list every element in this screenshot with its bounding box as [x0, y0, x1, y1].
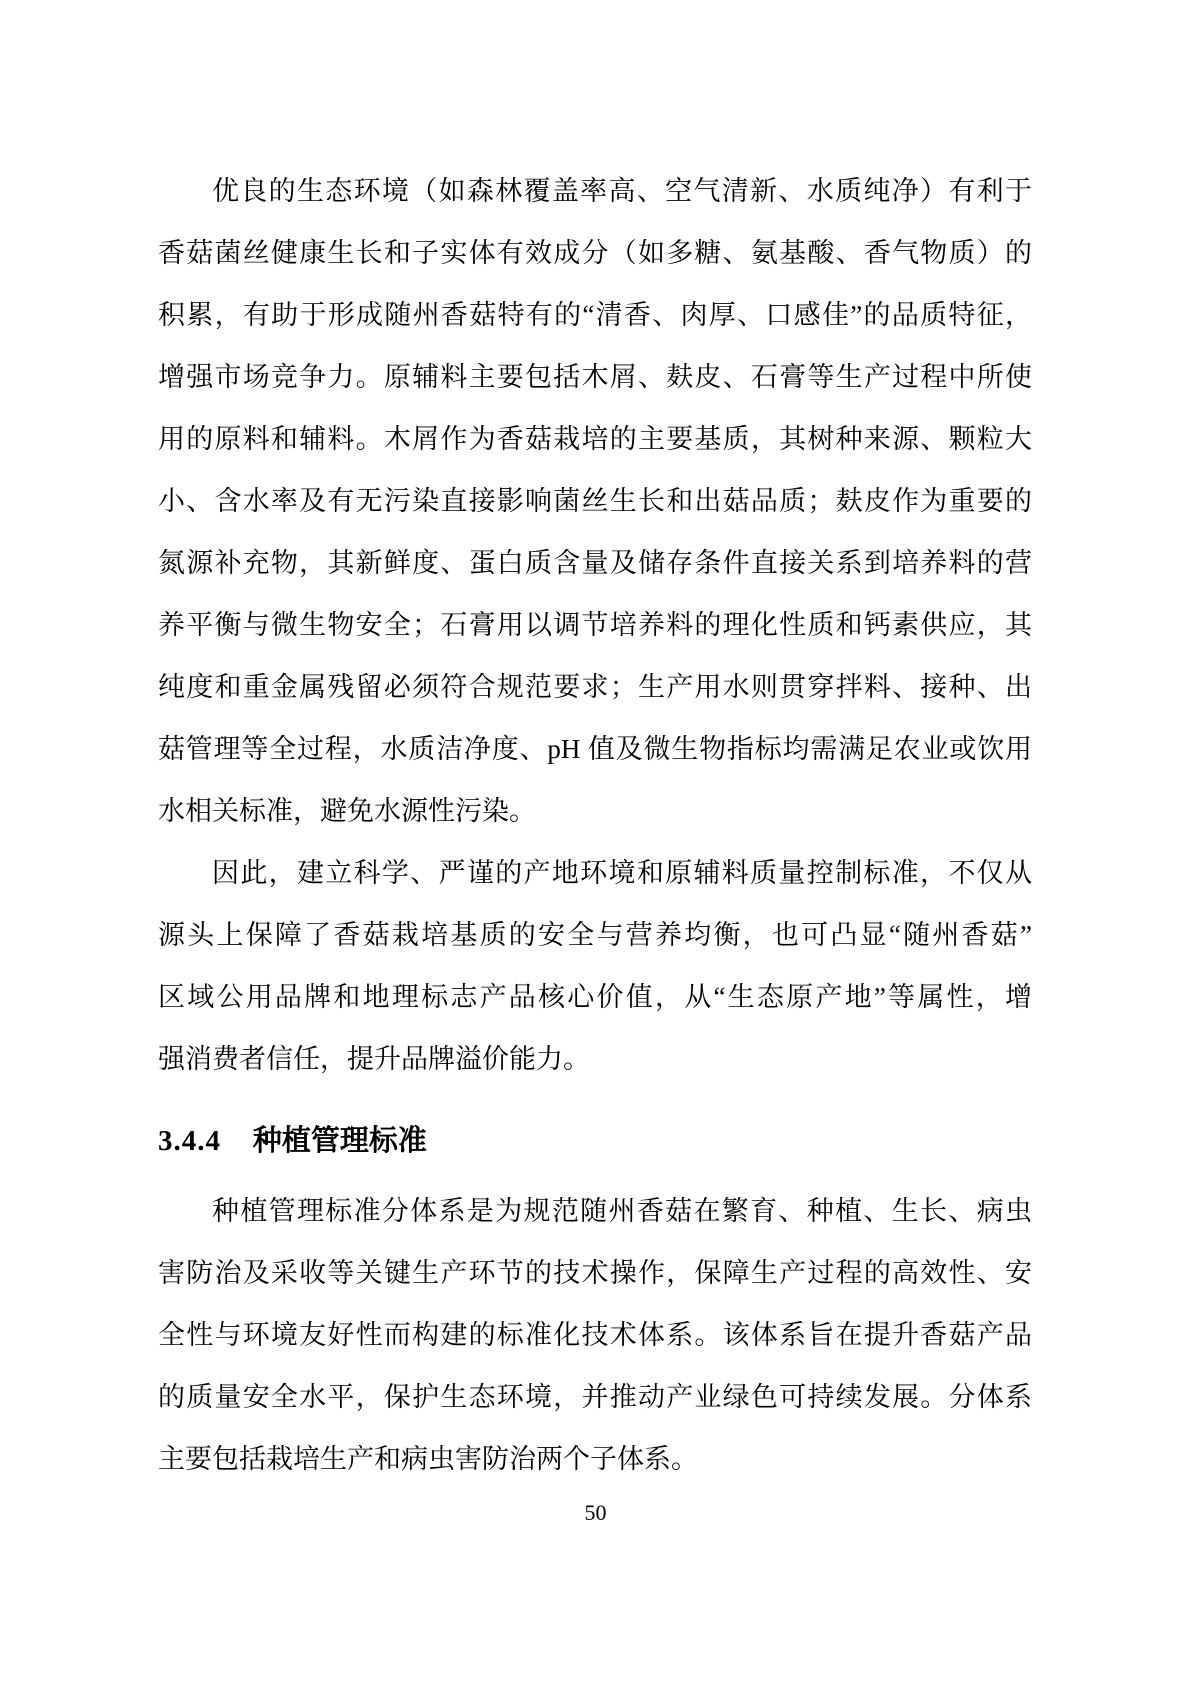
document-page: 优良的生态环境（如森林覆盖率高、空气清新、水质纯净）有利于香菇菌丝健康生长和子实… [0, 0, 1191, 1684]
section-heading-title: 种植管理标准 [253, 1110, 427, 1172]
text-line: 纯度和重金属残留必须符合规范要求；生产用水则贯穿拌料、接种、出 [158, 656, 1032, 718]
section-heading: 3.4.4 种植管理标准 [158, 1110, 1032, 1172]
text-line: 全性与环境友好性而构建的标准化技术体系。该体系旨在提升香菇产品 [158, 1304, 1032, 1366]
text-line: 区域公用品牌和地理标志产品核心价值，从“生态原产地”等属性，增 [158, 966, 1032, 1028]
paragraph-environment-and-materials: 优良的生态环境（如森林覆盖率高、空气清新、水质纯净）有利于香菇菌丝健康生长和子实… [158, 160, 1032, 842]
body-text: 优良的生态环境（如森林覆盖率高、空气清新、水质纯净）有利于香菇菌丝健康生长和子实… [158, 160, 1032, 1490]
text-line: 主要包括栽培生产和病虫害防治两个子体系。 [158, 1428, 1032, 1490]
paragraph-conclusion-brand-value: 因此，建立科学、严谨的产地环境和原辅料质量控制标准，不仅从源头上保障了香菇栽培基… [158, 842, 1032, 1090]
text-line: 的质量安全水平，保护生态环境，并推动产业绿色可持续发展。分体系 [158, 1366, 1032, 1428]
text-line: 氮源补充物，其新鲜度、蛋白质含量及储存条件直接关系到培养料的营 [158, 532, 1032, 594]
page-number: 50 [0, 1498, 1191, 1528]
text-line: 菇管理等全过程，水质洁净度、pH 值及微生物指标均需满足农业或饮用 [158, 718, 1032, 780]
text-line: 种植管理标准分体系是为规范随州香菇在繁育、种植、生长、病虫 [158, 1180, 1032, 1242]
paragraph-planting-management-standard: 种植管理标准分体系是为规范随州香菇在繁育、种植、生长、病虫害防治及采收等关键生产… [158, 1180, 1032, 1490]
text-line: 增强市场竞争力。原辅料主要包括木屑、麸皮、石膏等生产过程中所使 [158, 346, 1032, 408]
text-line: 因此，建立科学、严谨的产地环境和原辅料质量控制标准，不仅从 [158, 842, 1032, 904]
text-line: 源头上保障了香菇栽培基质的安全与营养均衡，也可凸显“随州香菇” [158, 904, 1032, 966]
text-line: 香菇菌丝健康生长和子实体有效成分（如多糖、氨基酸、香气物质）的 [158, 222, 1032, 284]
text-line: 水相关标准，避免水源性污染。 [158, 780, 1032, 842]
text-line: 用的原料和辅料。木屑作为香菇栽培的主要基质，其树种来源、颗粒大 [158, 408, 1032, 470]
text-line: 优良的生态环境（如森林覆盖率高、空气清新、水质纯净）有利于 [158, 160, 1032, 222]
text-line: 小、含水率及有无污染直接影响菌丝生长和出菇品质；麸皮作为重要的 [158, 470, 1032, 532]
text-line: 养平衡与微生物安全；石膏用以调节培养料的理化性质和钙素供应，其 [158, 594, 1032, 656]
section-heading-number: 3.4.4 [158, 1110, 221, 1172]
text-line: 积累，有助于形成随州香菇特有的“清香、肉厚、口感佳”的品质特征， [158, 284, 1032, 346]
text-line: 强消费者信任，提升品牌溢价能力。 [158, 1028, 1032, 1090]
text-line: 害防治及采收等关键生产环节的技术操作，保障生产过程的高效性、安 [158, 1242, 1032, 1304]
